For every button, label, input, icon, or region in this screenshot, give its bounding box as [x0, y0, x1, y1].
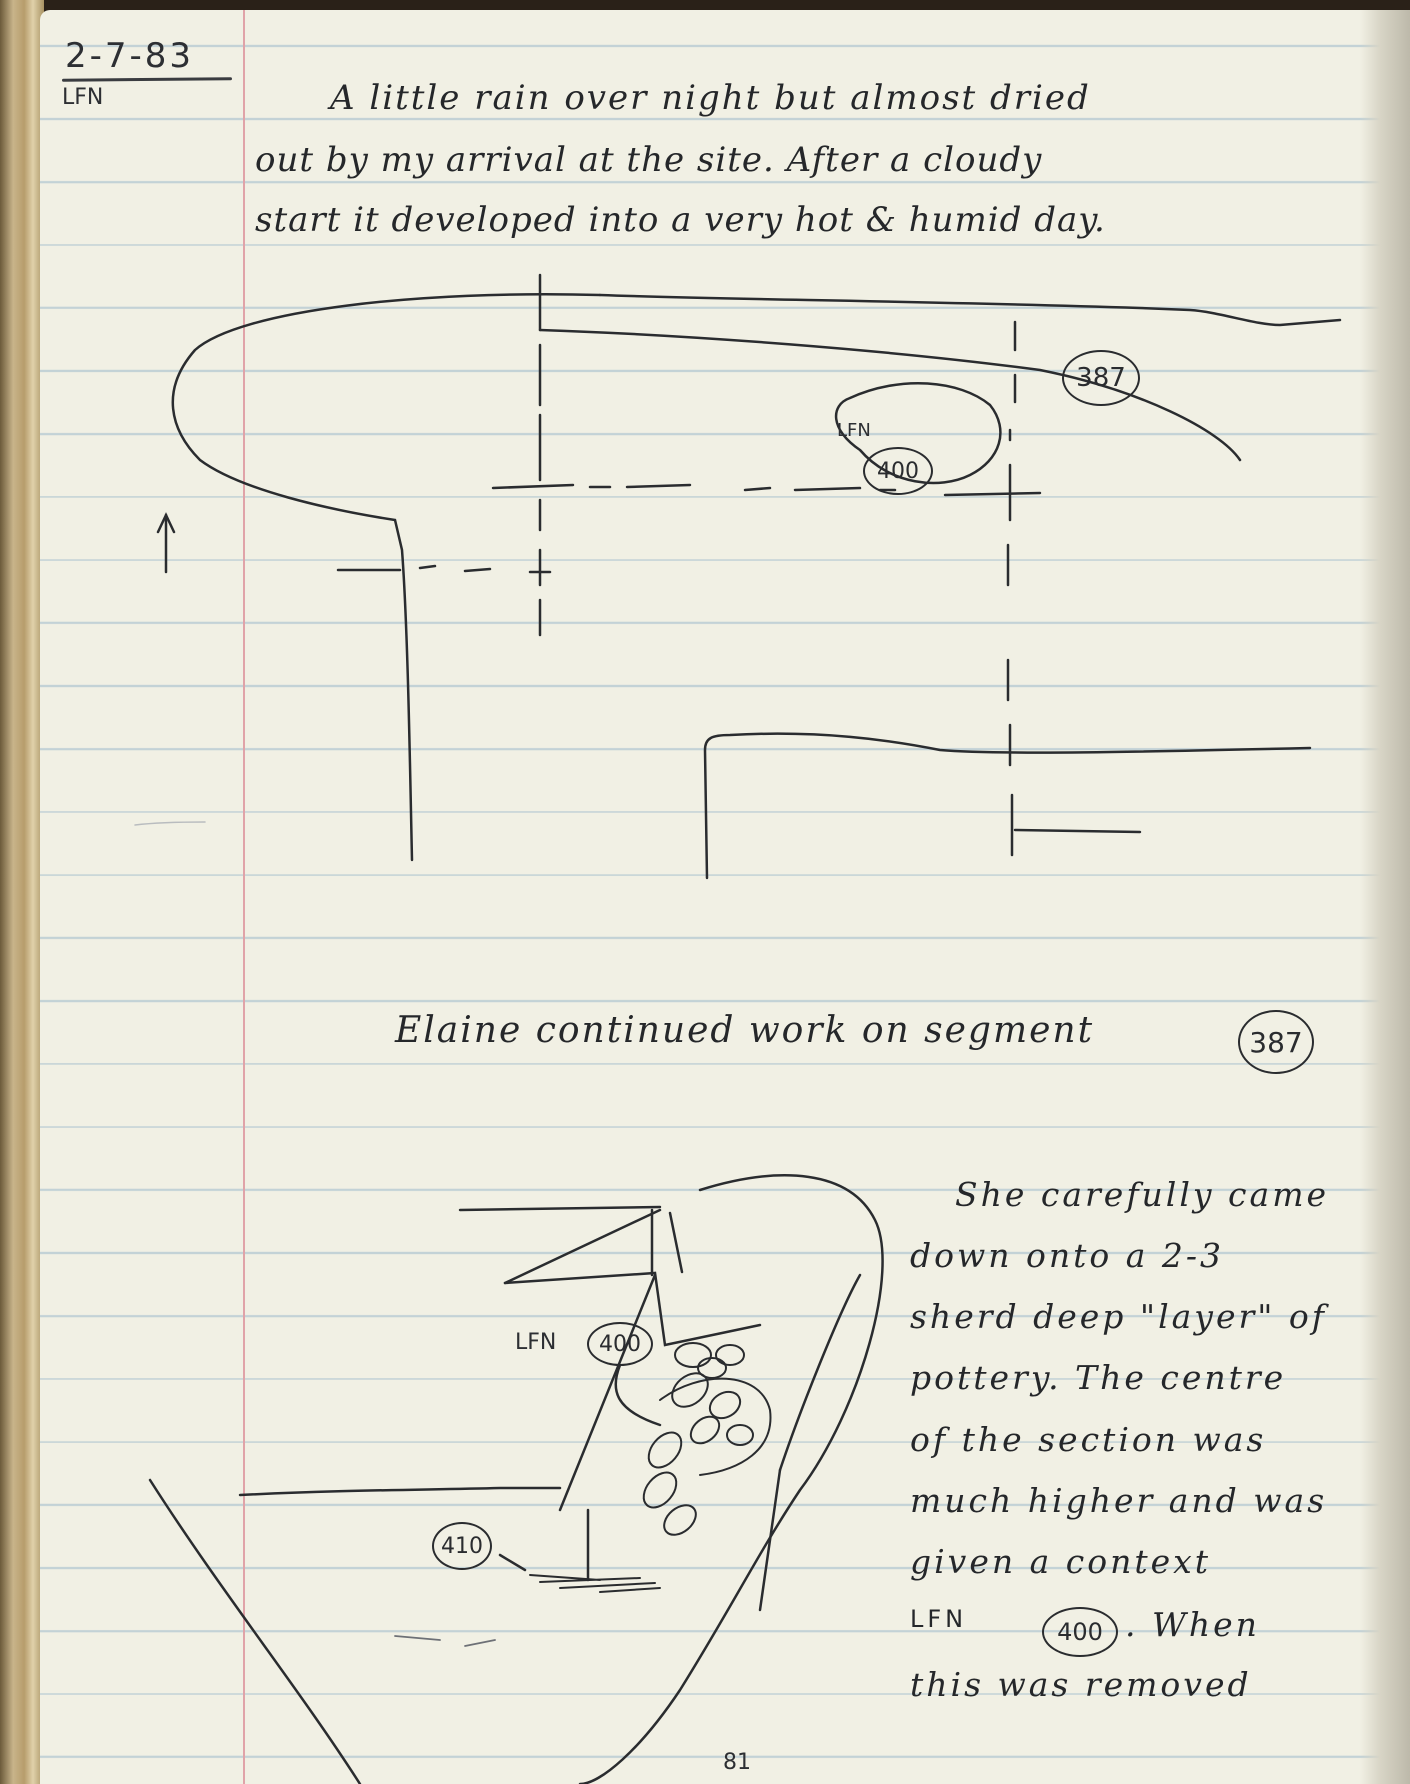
note-line-6: much higher and was [910, 1481, 1327, 1520]
page-number: 81 [723, 1750, 751, 1775]
note-line-1: She carefully came [955, 1175, 1329, 1214]
section-lower-line [240, 1488, 560, 1495]
note-line-last: this was removed [910, 1665, 1252, 1704]
pointer-400 [616, 1365, 660, 1425]
note-line-2: down onto a 2-3 [910, 1236, 1224, 1275]
note-context-number: 400 [1042, 1607, 1118, 1657]
base-hatching [530, 1575, 660, 1592]
section-lfn-label: LFN [515, 1330, 556, 1355]
pointer-410 [500, 1555, 525, 1570]
notebook-page: 2-7-83 LFN A little rain over night but … [40, 10, 1410, 1784]
plan-lower-block [705, 734, 1310, 878]
section-outer-curve [580, 1175, 883, 1784]
pottery-cluster [637, 1343, 770, 1541]
segment-caption: Elaine continued work on segment [395, 1010, 1094, 1051]
section-right-slope [780, 1275, 860, 1470]
plan-outer-boundary [173, 294, 600, 860]
plan-top-edge [600, 295, 1340, 325]
notebook-spine [0, 0, 44, 1784]
plan-feature-label: LFN [837, 420, 871, 441]
note-line-7: given a context [910, 1542, 1211, 1581]
section-context-400: 400 [587, 1322, 653, 1366]
section-top-line [460, 1207, 660, 1210]
note-context-prefix: LFN [910, 1605, 967, 1633]
note-line-5: of the section was [910, 1420, 1266, 1459]
note-context-suffix: . When [1125, 1605, 1260, 1644]
plan-inner-curve [540, 330, 1240, 460]
plan-feature-number: 400 [863, 447, 933, 495]
section-context-410: 410 [432, 1522, 492, 1570]
caption-segment-number: 387 [1238, 1010, 1314, 1074]
note-line-3: sherd deep "layer" of [910, 1297, 1327, 1336]
note-line-4: pottery. The centre [910, 1358, 1286, 1397]
plan-segment-number: 387 [1062, 350, 1140, 406]
section-left-diagonal [150, 1480, 360, 1784]
